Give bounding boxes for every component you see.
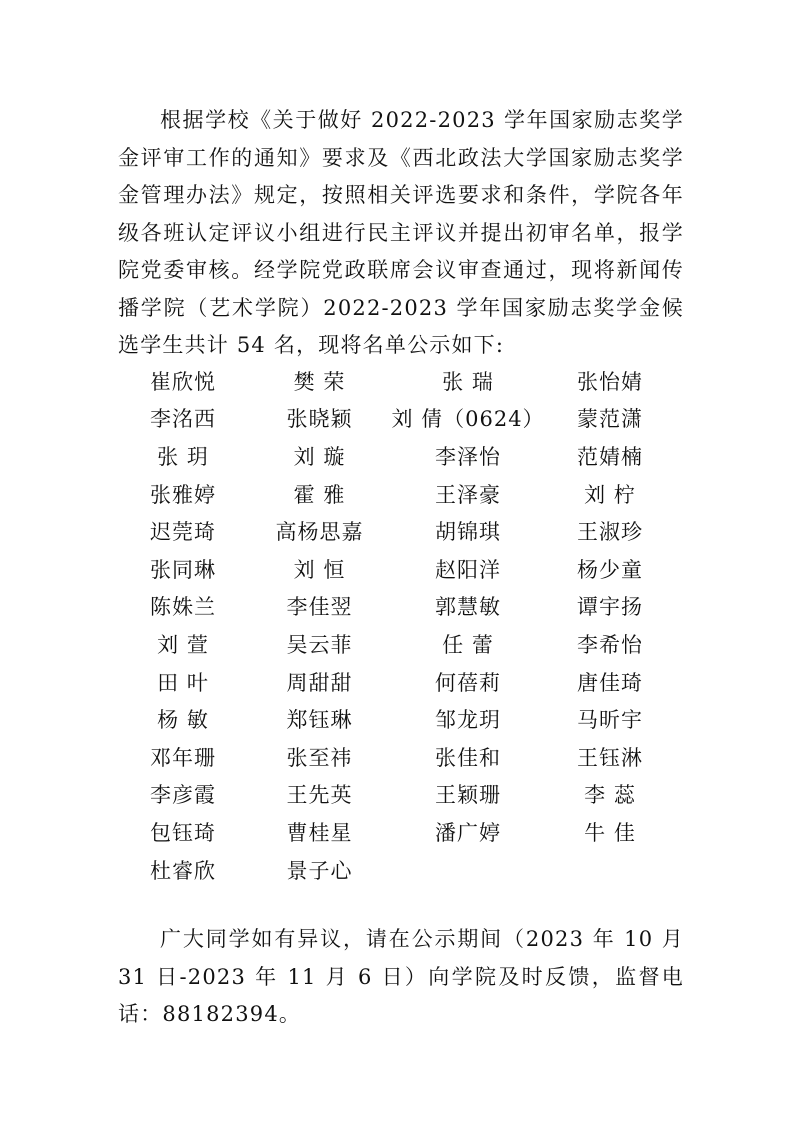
candidate-name: 唐佳琦 — [549, 667, 671, 697]
candidate-name: 刘 恒 — [252, 554, 387, 584]
candidate-name: 刘 柠 — [549, 479, 671, 509]
name-row: 杜睿欣景子心 — [114, 851, 674, 889]
candidate-name: 李 蕊 — [549, 779, 671, 809]
candidate-name: 邓年珊 — [114, 742, 252, 772]
candidate-name: 李洺西 — [114, 403, 252, 433]
name-row: 李彦霞王先英王颖珊李 蕊 — [114, 776, 674, 814]
candidate-name: 张同琳 — [114, 554, 252, 584]
name-row: 张同琳刘 恒赵阳洋杨少童 — [114, 550, 674, 588]
candidate-name: 范婧楠 — [549, 441, 671, 471]
candidate-name: 景子心 — [252, 855, 387, 885]
candidate-name: 李希怡 — [549, 629, 671, 659]
candidate-name: 周甜甜 — [252, 667, 387, 697]
name-row: 田 叶周甜甜何蓓莉唐佳琦 — [114, 663, 674, 701]
candidate-name: 王颖珊 — [387, 779, 549, 809]
intro-line: 将名单公示如下: — [340, 333, 504, 357]
candidate-name: 蒙范潇 — [549, 403, 671, 433]
candidate-name: 刘 萱 — [114, 629, 252, 659]
candidate-name-list: 崔欣悦樊 荣张 瑞张怡婧李洺西张晓颖刘 倩（0624）蒙范潇张 玥刘 璇李泽怡范… — [114, 362, 674, 888]
name-row: 包钰琦曹桂星潘广婷牛 佳 — [114, 813, 674, 851]
footer-line: -2023 年 11 月 6 日）向学院及时反馈，监督电话：88182394。 — [118, 965, 684, 1027]
candidate-name: 陈姝兰 — [114, 591, 252, 621]
candidate-name: 马昕宇 — [549, 704, 671, 734]
candidate-name: 赵阳洋 — [387, 554, 549, 584]
candidate-name: 曹桂星 — [252, 817, 387, 847]
candidate-name: 刘 倩（0624） — [387, 403, 549, 433]
candidate-name: 张 玥 — [114, 441, 252, 471]
candidate-name: 杨 敏 — [114, 704, 252, 734]
candidate-name: 包钰琦 — [114, 817, 252, 847]
candidate-name: 胡锦琪 — [387, 516, 549, 546]
candidate-name: 张至祎 — [252, 742, 387, 772]
name-row: 迟莞琦高杨思嘉胡锦琪王淑珍 — [114, 512, 674, 550]
candidate-name: 李彦霞 — [114, 779, 252, 809]
candidate-name: 牛 佳 — [549, 817, 671, 847]
candidate-name: 迟莞琦 — [114, 516, 252, 546]
candidate-name: 樊 荣 — [252, 366, 387, 396]
candidate-name: 张晓颖 — [252, 403, 387, 433]
name-row: 陈姝兰李佳翌郭慧敏谭宇扬 — [114, 588, 674, 626]
candidate-name: 张佳和 — [387, 742, 549, 772]
candidate-name: 吴云菲 — [252, 629, 387, 659]
document-page: 根据学校《关于做好 2022-2023 学年国家励志奖学金评审工作的通知》要求及… — [0, 0, 793, 1122]
candidate-name: 张 瑞 — [387, 366, 549, 396]
candidate-name: 任 蕾 — [387, 629, 549, 659]
candidate-name: 潘广婷 — [387, 817, 549, 847]
candidate-name: 张雅婷 — [114, 479, 252, 509]
candidate-name: 王先英 — [252, 779, 387, 809]
candidate-name: 高杨思嘉 — [252, 516, 387, 546]
candidate-name: 何蓓莉 — [387, 667, 549, 697]
name-row: 刘 萱吴云菲任 蕾李希怡 — [114, 625, 674, 663]
candidate-name: 王钰淋 — [549, 742, 671, 772]
intro-paragraph: 根据学校《关于做好 2022-2023 学年国家励志奖学金评审工作的通知》要求及… — [118, 102, 684, 365]
name-row: 张 玥刘 璇李泽怡范婧楠 — [114, 437, 674, 475]
candidate-name: 邹龙玥 — [387, 704, 549, 734]
name-row: 杨 敏郑钰琳邹龙玥马昕宇 — [114, 700, 674, 738]
candidate-name: 田 叶 — [114, 667, 252, 697]
candidate-name: 杨少童 — [549, 554, 671, 584]
candidate-name: 郑钰琳 — [252, 704, 387, 734]
candidate-name: 郭慧敏 — [387, 591, 549, 621]
candidate-name: 崔欣悦 — [114, 366, 252, 396]
name-row: 崔欣悦樊 荣张 瑞张怡婧 — [114, 362, 674, 400]
candidate-name: 谭宇扬 — [549, 591, 671, 621]
candidate-name: 刘 璇 — [252, 441, 387, 471]
candidate-name: 张怡婧 — [549, 366, 671, 396]
candidate-name: 王淑珍 — [549, 516, 671, 546]
candidate-name: 霍 雅 — [252, 479, 387, 509]
candidate-name: 杜睿欣 — [114, 855, 252, 885]
candidate-name: 李泽怡 — [387, 441, 549, 471]
footer-paragraph: 广大同学如有异议，请在公示期间（2023 年 10 月 31 日-2023 年 … — [118, 921, 684, 1034]
candidate-name: 李佳翌 — [252, 591, 387, 621]
name-row: 张雅婷霍 雅王泽豪刘 柠 — [114, 475, 674, 513]
name-row: 邓年珊张至祎张佳和王钰淋 — [114, 738, 674, 776]
name-row: 李洺西张晓颖刘 倩（0624）蒙范潇 — [114, 400, 674, 438]
candidate-name: 王泽豪 — [387, 479, 549, 509]
